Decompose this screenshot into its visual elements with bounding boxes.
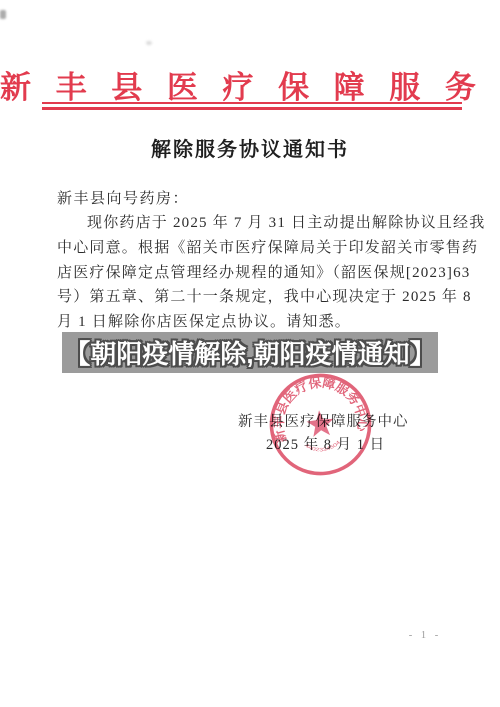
overlay-banner-text: 【朝阳疫情解除,朝阳疫情通知】 bbox=[64, 334, 435, 371]
document-page: 新 丰 县 医 疗 保 障 服 务 中 心 解除服务协议通知书 新丰县向号药房：… bbox=[0, 0, 500, 707]
body-paragraph: 现你药店于 2025 年 7 月 31 日主动提出解除协议且经我 中心同意。根据… bbox=[57, 211, 457, 335]
document-title: 解除服务协议通知书 bbox=[0, 133, 500, 162]
letterhead-org-name: 新 丰 县 医 疗 保 障 服 务 中 心 bbox=[0, 62, 500, 107]
seal-ring-text: 新丰县医疗保障服务中心 bbox=[266, 370, 372, 445]
body-line: 店医疗保障定点管理经办规程的通知》（韶医保规[2023]63 bbox=[57, 261, 457, 286]
seal-serial-holder: 4402334504 bbox=[303, 439, 343, 455]
body-line: 现你药店于 2025 年 7 月 31 日主动提出解除协议且经我 bbox=[57, 211, 457, 236]
scan-smudge bbox=[0, 10, 6, 19]
body-line: 中心同意。根据《韶关市医疗保障局关于印发韶关市零售药 bbox=[57, 236, 457, 261]
seal-star-icon bbox=[306, 409, 336, 437]
seal-serial-number: 4402334504 bbox=[303, 439, 343, 455]
body-line: 号）第五章、第二十一条规定，我中心现决定于 2025 年 8 bbox=[57, 285, 457, 310]
seal-graphic: 新丰县医疗保障服务中心 4402334504 bbox=[262, 366, 380, 484]
seal-ring-text-holder: 新丰县医疗保障服务中心 bbox=[266, 370, 372, 445]
official-seal: 新丰县医疗保障服务中心 4402334504 bbox=[262, 366, 380, 484]
overlay-banner: 【朝阳疫情解除,朝阳疫情通知】 bbox=[62, 332, 438, 373]
salutation: 新丰县向号药房： bbox=[57, 187, 455, 208]
scan-smudge bbox=[146, 41, 152, 45]
page-number: - 1 - bbox=[403, 630, 447, 641]
letterhead-divider bbox=[42, 102, 462, 110]
